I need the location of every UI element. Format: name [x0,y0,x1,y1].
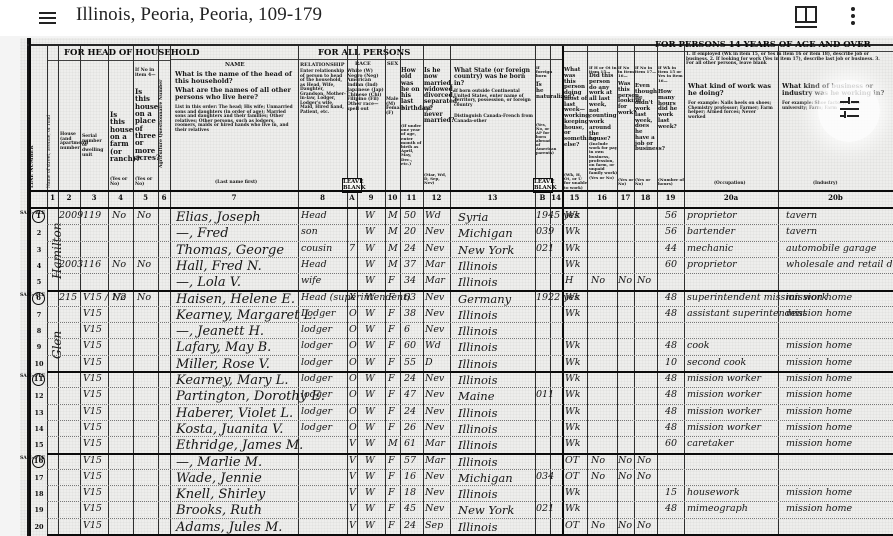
section-all-persons: FOR ALL PERSONS [318,48,410,58]
age: 37 [404,259,416,270]
sex: M [388,226,398,237]
person-name: Hall, Fred N. [176,259,262,274]
birthplace: Michigan [458,471,513,485]
hours-worked: 48 [665,389,677,400]
person-name: —, Marlie M. [176,455,262,470]
column-number: 19 [657,193,684,202]
race: W [365,340,375,351]
header-farm-sub: (Yes or No) [110,178,134,187]
age: 16 [404,471,416,482]
line-number: 12 [32,392,46,400]
hours-worked: 56 [665,210,677,221]
row-rule [47,436,893,437]
line-number: 20 [32,523,46,531]
person-name: Knell, Shirley [176,487,265,502]
document-viewer[interactable]: FOR HEAD OF HOUSEHOLDFOR ALL PERSONSFOR … [0,36,893,536]
person-name: Ethridge, James M. [176,438,303,453]
hamburger-menu-icon[interactable] [38,8,58,28]
birthplace: Maine [458,389,495,403]
race: W [365,487,375,498]
activity: Wk [565,503,581,514]
birthplace: New York [458,243,514,257]
person-name: —, Jeanett H. [176,324,264,339]
relationship: lodger [301,373,332,384]
header-work-notes: 1. If employed (Wk in item 15, or Yes in… [686,53,886,67]
looking-answer: No [618,455,632,466]
top-app-bar: Illinois, Peoria, Peoria, 109-179 [0,0,893,36]
remark-mark: O [349,340,357,351]
occupation: bartender [687,226,735,237]
marital-status: Mar [425,275,445,286]
marital-status: Nev [425,324,444,335]
column-number: 9 [357,193,385,202]
split-view-icon[interactable] [794,4,818,28]
column-number: 8 [298,193,347,202]
header-activity-sub: (Wk, H, Ot, or U for unable to work) [564,173,588,190]
row-rule [47,224,893,225]
header-street: Name of street, avenue, or road [48,115,53,188]
birth-code: 021 [536,503,554,514]
header-hours-pre: If Wk in item 15 or Yes in item 16— [658,66,684,83]
hours-worked: 10 [665,357,677,368]
person-name: Elias, Joseph [176,210,261,225]
column-number: 10 [385,193,400,202]
house-number: 2009 [59,210,83,221]
hours-worked: 60 [665,438,677,449]
age: 20 [404,226,416,237]
person-name: —, Fred [176,226,229,241]
activity: Wk [565,438,581,449]
remark-mark: O [349,324,357,335]
header-job-sub: (Yes or No) [635,178,657,186]
marital-status: Nev [425,487,444,498]
marital-status: Mar [425,455,445,466]
person-name: Lafary, May B. [176,340,271,355]
birthplace: New York [458,503,514,517]
person-name: —, Lola V. [176,275,241,290]
header-age: How old was he on his last birthday? [401,68,423,112]
hours-worked: 48 [665,503,677,514]
relationship: Lodger [301,308,335,319]
header-occupation-examples: For example: Nails heels on shoes; Chemi… [688,102,773,120]
header-naturalized: Is he naturalized? [536,83,550,100]
industry: wholesale and retail donut shop [786,259,893,270]
activity: Wk [565,373,581,384]
header-name-q1: What is the name of the head of this hou… [175,71,295,85]
marital-status: Nev [425,471,444,482]
worked-answer: No [591,471,605,482]
column-number: 18 [634,193,657,202]
race: W [365,471,375,482]
marital-status: Nev [425,292,444,303]
column-number: 5 [133,193,158,202]
hours-worked: 48 [665,340,677,351]
marital-status: Sep [425,520,443,531]
hours-worked: 48 [665,422,677,433]
line-number: 13 [32,409,46,417]
column-number: 17 [617,193,634,202]
serial-number: V15 [83,487,102,498]
header-occupation-sub: (Occupation) [714,182,754,187]
header-relationship: Enter relationship of person to head of … [300,70,348,115]
activity: OT [565,520,579,531]
activity: Wk [565,259,581,270]
remark-mark: V [349,455,356,466]
race: W [365,275,375,286]
column-number: 20b [778,193,893,202]
birthplace: Syria [458,210,488,224]
activity: OT [565,455,579,466]
page-title: Illinois, Peoria, Peoria, 109-179 [76,4,322,26]
marital-status: Wd [425,210,441,221]
sex: F [388,406,395,417]
line-number: 2 [32,229,46,237]
occupation: mission worker [687,422,761,433]
person-name: Adams, Jules M. [176,520,282,535]
hours-worked: 60 [665,259,677,270]
row-rule [47,501,893,502]
marital-status: Nev [425,406,444,417]
header-occupation: What kind of work was he doing? [688,83,776,97]
age: 26 [404,422,416,433]
industry: mission home [786,438,852,449]
race: W [365,259,375,270]
person-name: Thomas, George [176,243,284,258]
serial-number: V15 [83,455,102,466]
row-rule [47,306,893,307]
line-number: 17 [32,474,46,482]
birthplace: Illinois [458,324,498,338]
column-number: 6 [158,193,170,202]
sex: F [388,275,395,286]
person-name: Haisen, Helene E. [176,292,295,307]
activity: Wk [565,292,581,303]
line-number: 5 [32,278,46,286]
occupation: mechanic [687,243,733,254]
remark-mark: O [349,389,357,400]
serial-number: V15 [83,503,102,514]
race: W [365,438,375,449]
relationship: lodger [301,422,332,433]
house-number: 2003 [59,259,83,270]
birthplace: Illinois [458,520,498,534]
birthplace: Illinois [458,422,498,436]
column-number: 13 [450,193,535,202]
column-number: 20a [684,193,778,202]
column-number: 1 [47,193,58,202]
birthplace: Illinois [458,357,498,371]
sex: F [388,340,395,351]
row-rule [47,241,893,242]
activity: Wk [565,340,581,351]
row-rule [47,404,893,405]
sex: F [388,308,395,319]
marital-status: Nev [425,503,444,514]
acres-answer: No [137,292,151,303]
marital-status: Mar [425,438,445,449]
occupation: second cook [687,357,746,368]
marital-status: Nev [425,308,444,319]
marital-status: Nev [425,243,444,254]
hours-worked: 15 [665,487,677,498]
serial-number: V15 [83,308,102,319]
more-vertical-icon[interactable] [848,6,858,28]
person-name: Brooks, Ruth [176,503,262,518]
section-divider [170,59,562,60]
column-number: 3 [80,193,108,202]
job-answer: No [637,471,651,482]
remark-mark: V [349,520,356,531]
industry: mission home [786,422,852,433]
age: 38 [404,308,416,319]
header-hours-sub: (Number of hours) [658,178,684,186]
line-number: 19 [32,506,46,514]
sex: F [388,357,395,368]
industry: mission home [786,373,852,384]
header-rule [29,207,893,209]
row-rule [47,518,893,519]
filter-button[interactable] [818,80,880,142]
acres-answer: No [137,259,151,270]
birthplace: Illinois [458,340,498,354]
row-rule [47,387,893,388]
serial-number: V15 [83,438,102,449]
row-rule [47,257,893,258]
age: 34 [404,275,416,286]
remark-mark: X [349,292,356,303]
header-serial-number: Serial number of dwelling unit [82,135,108,159]
header-house-number: House (and apartment) number [60,133,80,152]
person-name: Kearney, Margaret L. [176,308,316,323]
header-naturalized-sub: (Yes, No, or AP for born abroad of Ameri… [536,123,550,155]
remark-mark: V [349,487,356,498]
sex: M [388,259,398,270]
serial-number: V15 [83,340,102,351]
header-marital-sub: (Mar, Wd, D, Sep, Nev) [424,173,450,186]
relationship: cousin [301,243,332,254]
age: 18 [404,487,416,498]
job-answer: No [637,520,651,531]
relationship: Head [301,210,327,221]
hours-worked: 48 [665,373,677,384]
header-agri-questionnaire: Agriculture Questionnaire Number [160,80,165,168]
column-number: 16 [587,193,617,202]
header-name-title: NAME [225,63,265,69]
age: 63 [404,292,416,303]
serial-number: V15 [83,471,102,482]
worked-answer: No [591,455,605,466]
job-answer: No [637,455,651,466]
header-sex: Male (M) Female (F) [386,98,400,117]
sex: F [388,503,395,514]
race: W [365,324,375,335]
header-hours: How many hours did he work last week? [658,90,684,130]
header-race: White (W) Negro (Neg) American Indian (I… [347,70,385,112]
race: W [365,422,375,433]
industry: mission home [786,389,852,400]
industry: mission home [786,292,852,303]
marital-status: Wd [425,340,441,351]
column-rule [29,38,31,536]
line-number: 18 [32,490,46,498]
birthplace: Illinois [458,275,498,289]
person-name: Kearney, Mary L. [176,373,289,388]
person-name: Miller, Rose V. [176,357,270,372]
race: W [365,243,375,254]
hours-worked: 48 [665,406,677,417]
occupation: mission worker [687,373,761,384]
sex: F [388,292,395,303]
person-name: Haberer, Violet L. [176,406,293,421]
header-marital: Is he now married, widowed, divorced, se… [424,68,451,125]
race: W [365,357,375,368]
house-number: 215 [59,292,77,303]
looking-answer: No [618,275,632,286]
header-worked-sub: (Include work for pay, in own business, … [589,142,618,180]
remark-mark: 7 [349,243,355,254]
sex: M [388,243,398,254]
row-rule [47,355,893,356]
header-job-pre: If No in item 17— [635,66,657,74]
header-birthplace-note2: Distinguish Canada-French from Canada-ot… [454,115,534,124]
serial-number: V15 [83,324,102,335]
relationship: Head [301,259,327,270]
farm-answer: No [112,292,126,303]
remark-mark: O [349,357,357,368]
marital-status: Mar [425,259,445,270]
column-number: 12 [423,193,450,202]
header-looking: Was this person looking for work? [618,82,634,117]
industry: mission home [786,503,852,514]
line-number: 7 [32,311,46,319]
header-farm: Is this house on a farm (or ranch)? [110,111,134,162]
age: 24 [404,373,416,384]
birthplace: Germany [458,292,511,306]
race: W [365,226,375,237]
row-rule [47,338,893,339]
race: W [365,455,375,466]
birthplace: Illinois [458,406,498,420]
race: W [365,210,375,221]
industry: tavern [786,210,817,221]
header-acres: Is this house on a place of three or mor… [135,88,159,161]
activity: Wk [565,422,581,433]
industry: mission home [786,487,852,498]
column-number: 15 [562,193,587,202]
industry: mission home [786,357,852,368]
header-looking-sub: (Yes or No) [618,178,634,186]
relationship: lodger [301,324,332,335]
row-rule [47,469,893,470]
sex: F [388,455,395,466]
birthplace: Illinois [458,487,498,501]
relationship: lodger [301,357,332,368]
header-age-sub: (If under one year of age, enter month o… [401,124,423,166]
header-activity: What was this person doing most of last … [564,68,588,149]
row-rule [47,322,893,323]
looking-answer: No [618,520,632,531]
line-number: 3 [32,246,46,254]
birthplace: Illinois [458,373,498,387]
marital-status: D [425,357,433,368]
age: 60 [404,340,416,351]
serial-number: V15 [83,389,102,400]
age: 24 [404,243,416,254]
relationship: lodger [301,406,332,417]
remark-mark: O [349,308,357,319]
birthplace: Illinois [458,308,498,322]
birth-code: 039 [536,226,554,237]
header-industry-sub: (Industry) [813,182,853,187]
line-number-label: LINE NUMBER [30,145,35,188]
header-job: Even though he didn't work last week, do… [635,84,657,153]
activity: Wk [565,308,581,319]
activity: Wk [565,357,581,368]
occupation: proprietor [687,259,737,270]
sex: F [388,520,395,531]
serial-number: 116 [83,259,101,270]
header-acres-sub: (Yes or No) [135,178,159,187]
column-number: A [347,193,357,202]
race: W [365,406,375,417]
line-number: 14 [32,425,46,433]
birthplace: Michigan [458,226,513,240]
line-number: 8 [32,327,46,335]
activity: OT [565,471,579,482]
relationship: wife [301,275,321,286]
age: 24 [404,520,416,531]
header-name-list: List in this order: The head; His wife; … [175,106,297,133]
activity: Wk [565,406,581,417]
header-birthplace-note1: If born outside Continental United State… [454,90,534,108]
remark-mark: V [349,438,356,449]
line-number: 1 [32,210,45,223]
activity: Wk [565,487,581,498]
column-number: B [535,193,550,202]
race: W [365,520,375,531]
marital-status: Nev [425,226,444,237]
age: 47 [404,389,416,400]
job-answer: No [637,275,651,286]
birth-code: 021 [536,243,554,254]
remark-mark: O [349,422,357,433]
serial-number: V15 [83,520,102,531]
serial-number: 119 [83,210,101,221]
remark-mark: O [349,406,357,417]
line-number: 10 [32,360,46,368]
column-number: 2 [58,193,80,202]
activity: H [565,275,573,286]
hours-worked: 48 [665,308,677,319]
column-number: 7 [170,193,298,202]
header-naturalized-pre: If foreign born— [536,66,550,83]
worked-answer: No [591,275,605,286]
age: 6 [404,324,410,335]
occupation: caretaker [687,438,734,449]
line-number: 16 [32,455,45,468]
birthplace: Illinois [458,259,498,273]
relationship: lodger [301,389,332,400]
race: W [365,292,375,303]
age: 24 [404,406,416,417]
occupation: mimeograph [687,503,748,514]
looking-answer: No [618,471,632,482]
activity: Wk [565,389,581,400]
marital-status: Nev [425,373,444,384]
remark-mark: O [349,373,357,384]
relationship: lodger [301,340,332,351]
row-rule [47,485,893,486]
